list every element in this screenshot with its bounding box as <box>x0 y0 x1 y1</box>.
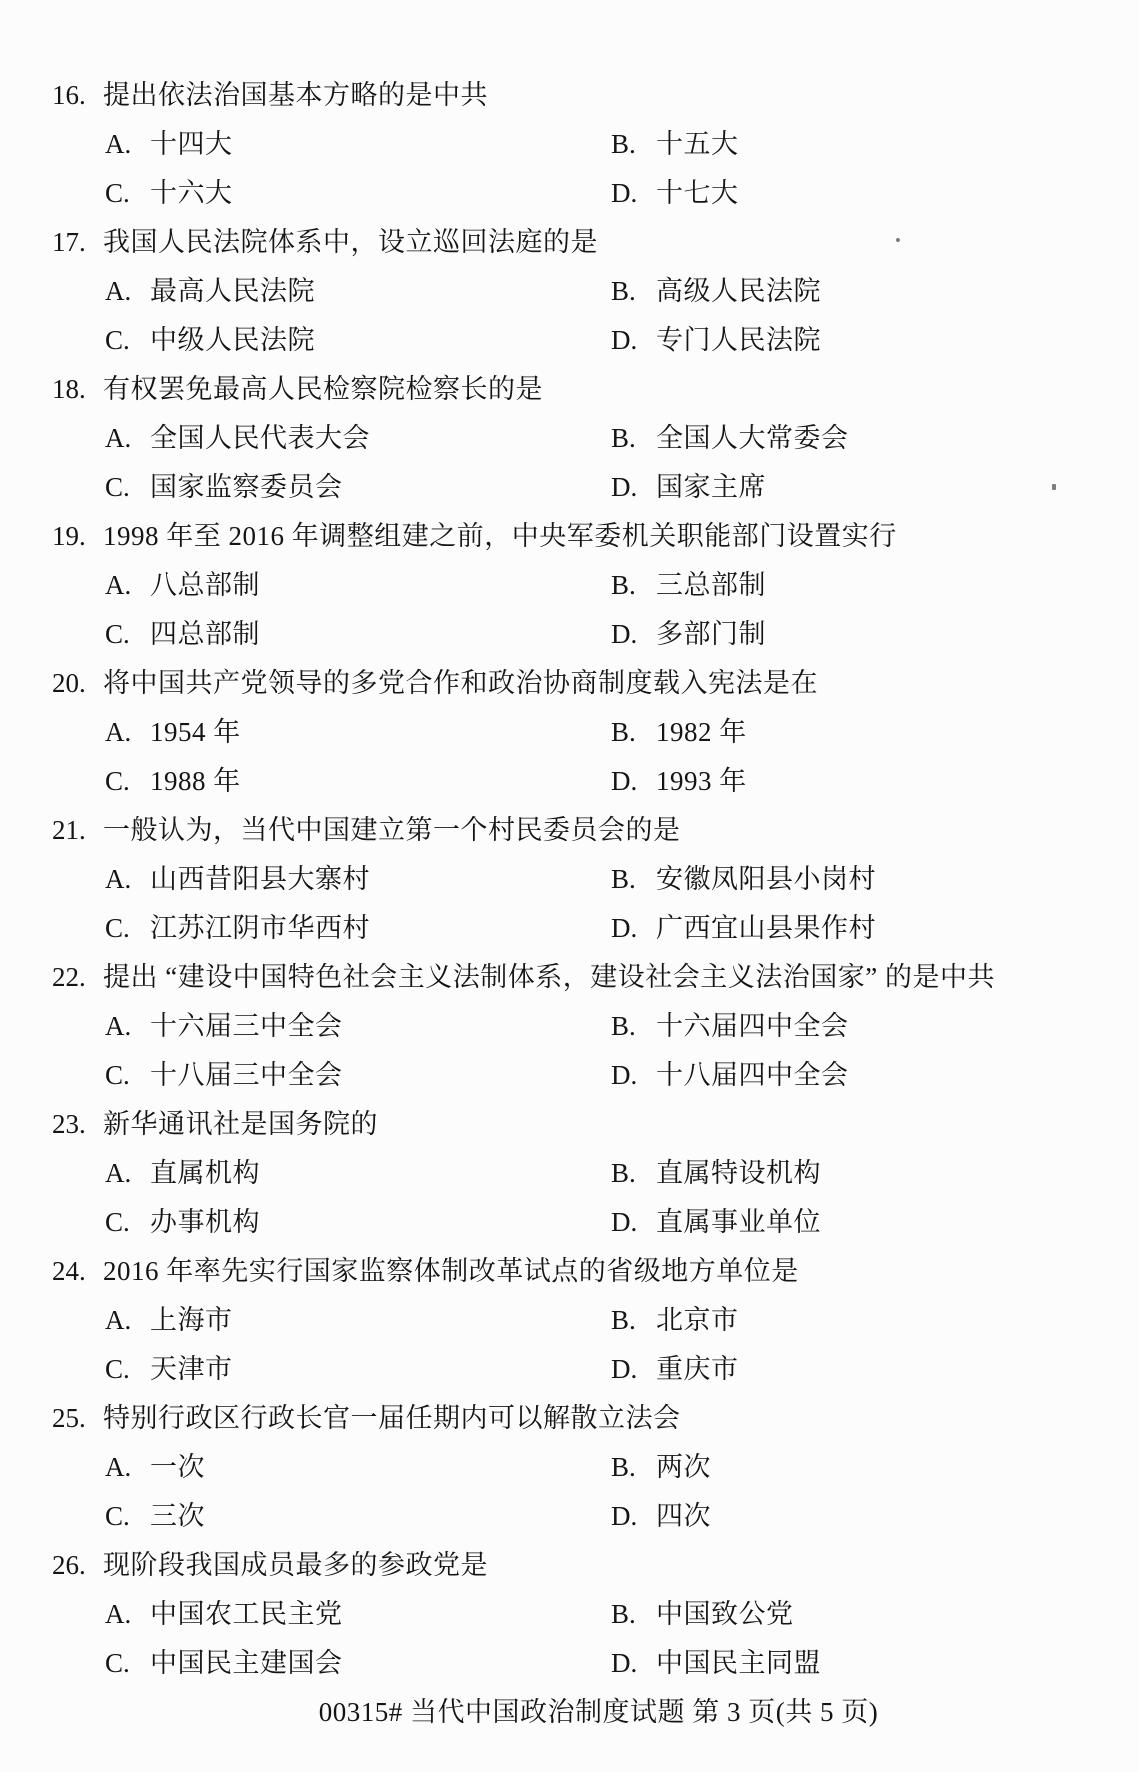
option-text: 重庆市 <box>656 1354 739 1384</box>
option-label: B. <box>611 414 656 463</box>
question-stem-row: 21.一般认为，当代中国建立第一个村民委员会的是 <box>0 806 1139 855</box>
option-label: C. <box>105 610 150 659</box>
scan-speck <box>1052 484 1056 490</box>
option-text: 1988 年 <box>150 766 241 796</box>
option: B.两次 <box>611 1443 711 1492</box>
option: C.1988 年 <box>105 757 611 806</box>
option: B.高级人民法院 <box>611 267 821 316</box>
question-number: 20. <box>52 659 103 708</box>
option: C.十六大 <box>105 169 611 218</box>
option-label: A. <box>105 708 150 757</box>
option: C.天津市 <box>105 1345 611 1394</box>
option-text: 直属机构 <box>150 1158 260 1188</box>
option: D.十八届四中全会 <box>611 1051 849 1100</box>
option: D.四次 <box>611 1492 711 1541</box>
option-text: 三次 <box>150 1501 205 1531</box>
option-label: C. <box>105 757 150 806</box>
option-label: D. <box>611 904 656 953</box>
option: B.全国人大常委会 <box>611 414 849 463</box>
option: B.1982 年 <box>611 708 747 757</box>
option: A.十六届三中全会 <box>105 1002 611 1051</box>
question-stem: 提出 “建设中国特色社会主义法制体系，建设社会主义法治国家” 的是中共 <box>103 962 995 992</box>
question-number: 26. <box>52 1541 103 1590</box>
option-row: A.山西昔阳县大寨村B.安徽凤阳县小岗村 <box>0 855 1139 904</box>
option-text: 直属特设机构 <box>656 1158 821 1188</box>
option: D.1993 年 <box>611 757 747 806</box>
question-number: 19. <box>52 512 103 561</box>
option: C.办事机构 <box>105 1198 611 1247</box>
option-label: C. <box>105 316 150 365</box>
option-label: B. <box>611 1002 656 1051</box>
option-text: 一次 <box>150 1452 205 1482</box>
option-label: A. <box>105 1296 150 1345</box>
option: A.中国农工民主党 <box>105 1590 611 1639</box>
option: B.安徽凤阳县小岗村 <box>611 855 876 904</box>
option-label: C. <box>105 1639 150 1688</box>
option: D.国家主席 <box>611 463 766 512</box>
option-label: D. <box>611 463 656 512</box>
option: B.三总部制 <box>611 561 766 610</box>
option: A.山西昔阳县大寨村 <box>105 855 611 904</box>
option-text: 十六大 <box>150 178 233 208</box>
option-label: B. <box>611 855 656 904</box>
option: B.直属特设机构 <box>611 1149 821 1198</box>
option: A.最高人民法院 <box>105 267 611 316</box>
option: A.1954 年 <box>105 708 611 757</box>
question-stem-row: 16.提出依法治国基本方略的是中共 <box>0 71 1139 120</box>
option: D.中国民主同盟 <box>611 1639 821 1688</box>
option: C.中国民主建国会 <box>105 1639 611 1688</box>
option-label: D. <box>611 316 656 365</box>
option-text: 全国人大常委会 <box>656 423 849 453</box>
option-text: 最高人民法院 <box>150 276 315 306</box>
option-text: 办事机构 <box>150 1207 260 1237</box>
option-row: C.三次D.四次 <box>0 1492 1139 1541</box>
option-text: 三总部制 <box>656 570 766 600</box>
option-label: B. <box>611 1149 656 1198</box>
question-number: 23. <box>52 1100 103 1149</box>
question-block: 24.2016 年率先实行国家监察体制改革试点的省级地方单位是A.上海市B.北京… <box>0 1247 1139 1394</box>
option-row: A.上海市B.北京市 <box>0 1296 1139 1345</box>
question-stem: 现阶段我国成员最多的参政党是 <box>103 1550 488 1580</box>
question-stem-row: 24.2016 年率先实行国家监察体制改革试点的省级地方单位是 <box>0 1247 1139 1296</box>
option-text: 江苏江阴市华西村 <box>150 913 370 943</box>
question-number: 25. <box>52 1394 103 1443</box>
option-text: 多部门制 <box>656 619 766 649</box>
option-row: C.江苏江阴市华西村D.广西宜山县果作村 <box>0 904 1139 953</box>
option-row: A.最高人民法院B.高级人民法院 <box>0 267 1139 316</box>
question-stem: 2016 年率先实行国家监察体制改革试点的省级地方单位是 <box>103 1256 799 1286</box>
question-block: 16.提出依法治国基本方略的是中共A.十四大B.十五大C.十六大D.十七大 <box>0 71 1139 218</box>
option-text: 两次 <box>656 1452 711 1482</box>
question-block: 23.新华通讯社是国务院的A.直属机构B.直属特设机构C.办事机构D.直属事业单… <box>0 1100 1139 1247</box>
option-label: A. <box>105 855 150 904</box>
option: D.十七大 <box>611 169 739 218</box>
option-label: B. <box>611 267 656 316</box>
option-text: 中国农工民主党 <box>150 1599 343 1629</box>
question-block: 22.提出 “建设中国特色社会主义法制体系，建设社会主义法治国家” 的是中共A.… <box>0 953 1139 1100</box>
option-label: A. <box>105 561 150 610</box>
question-stem-row: 20.将中国共产党领导的多党合作和政治协商制度载入宪法是在 <box>0 659 1139 708</box>
option: C.十八届三中全会 <box>105 1051 611 1100</box>
question-stem: 将中国共产党领导的多党合作和政治协商制度载入宪法是在 <box>103 668 818 698</box>
option-text: 四总部制 <box>150 619 260 649</box>
option-text: 十四大 <box>150 129 233 159</box>
question-stem-row: 23.新华通讯社是国务院的 <box>0 1100 1139 1149</box>
option-row: A.一次B.两次 <box>0 1443 1139 1492</box>
option-text: 中国民主同盟 <box>656 1648 821 1678</box>
option-text: 1993 年 <box>656 766 747 796</box>
option-text: 十六届三中全会 <box>150 1011 343 1041</box>
option-label: B. <box>611 120 656 169</box>
option-row: A.1954 年B.1982 年 <box>0 708 1139 757</box>
question-number: 18. <box>52 365 103 414</box>
option-text: 中国民主建国会 <box>150 1648 343 1678</box>
option-row: A.十四大B.十五大 <box>0 120 1139 169</box>
option-text: 四次 <box>656 1501 711 1531</box>
question-stem-row: 26.现阶段我国成员最多的参政党是 <box>0 1541 1139 1590</box>
option: A.十四大 <box>105 120 611 169</box>
option: C.国家监察委员会 <box>105 463 611 512</box>
option: A.八总部制 <box>105 561 611 610</box>
question-number: 24. <box>52 1247 103 1296</box>
question-block: 19.1998 年至 2016 年调整组建之前，中央军委机关职能部门设置实行A.… <box>0 512 1139 659</box>
option-text: 全国人民代表大会 <box>150 423 370 453</box>
question-stem: 一般认为，当代中国建立第一个村民委员会的是 <box>103 815 681 845</box>
option-text: 高级人民法院 <box>656 276 821 306</box>
option-label: A. <box>105 1002 150 1051</box>
option-text: 山西昔阳县大寨村 <box>150 864 370 894</box>
option-label: D. <box>611 1198 656 1247</box>
option: D.直属事业单位 <box>611 1198 821 1247</box>
option-text: 十八届三中全会 <box>150 1060 343 1090</box>
question-stem-row: 22.提出 “建设中国特色社会主义法制体系，建设社会主义法治国家” 的是中共 <box>0 953 1139 1002</box>
option-row: C.国家监察委员会D.国家主席 <box>0 463 1139 512</box>
option: B.十六届四中全会 <box>611 1002 849 1051</box>
option-label: B. <box>611 1296 656 1345</box>
option-label: B. <box>611 1590 656 1639</box>
option-text: 中国致公党 <box>656 1599 794 1629</box>
option-label: B. <box>611 708 656 757</box>
option-text: 广西宜山县果作村 <box>656 913 876 943</box>
option-row: A.十六届三中全会B.十六届四中全会 <box>0 1002 1139 1051</box>
option-label: D. <box>611 757 656 806</box>
exam-page: 16.提出依法治国基本方略的是中共A.十四大B.十五大C.十六大D.十七大17.… <box>0 0 1139 1772</box>
option-row: C.办事机构D.直属事业单位 <box>0 1198 1139 1247</box>
question-stem: 特别行政区行政长官一届任期内可以解散立法会 <box>103 1403 681 1433</box>
option: C.中级人民法院 <box>105 316 611 365</box>
option: C.江苏江阴市华西村 <box>105 904 611 953</box>
question-number: 21. <box>52 806 103 855</box>
option-label: D. <box>611 1051 656 1100</box>
option-row: C.中级人民法院D.专门人民法院 <box>0 316 1139 365</box>
option: D.广西宜山县果作村 <box>611 904 876 953</box>
question-stem: 新华通讯社是国务院的 <box>103 1109 378 1139</box>
option-label: C. <box>105 1492 150 1541</box>
question-block: 25.特别行政区行政长官一届任期内可以解散立法会A.一次B.两次C.三次D.四次 <box>0 1394 1139 1541</box>
question-number: 22. <box>52 953 103 1002</box>
option-label: D. <box>611 610 656 659</box>
option-text: 八总部制 <box>150 570 260 600</box>
option: A.全国人民代表大会 <box>105 414 611 463</box>
option: D.专门人民法院 <box>611 316 821 365</box>
option-label: C. <box>105 904 150 953</box>
option-label: A. <box>105 414 150 463</box>
option: C.三次 <box>105 1492 611 1541</box>
option-text: 十六届四中全会 <box>656 1011 849 1041</box>
question-block: 18.有权罢免最高人民检察院检察长的是A.全国人民代表大会B.全国人大常委会C.… <box>0 365 1139 512</box>
option-label: A. <box>105 1443 150 1492</box>
question-list: 16.提出依法治国基本方略的是中共A.十四大B.十五大C.十六大D.十七大17.… <box>0 0 1139 1688</box>
scan-speck <box>896 238 900 242</box>
option-text: 北京市 <box>656 1305 739 1335</box>
option-label: D. <box>611 1639 656 1688</box>
option-label: B. <box>611 1443 656 1492</box>
question-stem: 提出依法治国基本方略的是中共 <box>103 80 488 110</box>
option: B.中国致公党 <box>611 1590 794 1639</box>
option-label: D. <box>611 1345 656 1394</box>
page-footer: 00315# 当代中国政治制度试题 第 3 页(共 5 页) <box>0 1688 1139 1737</box>
question-stem: 1998 年至 2016 年调整组建之前，中央军委机关职能部门设置实行 <box>103 521 897 551</box>
option-row: C.十六大D.十七大 <box>0 169 1139 218</box>
option-text: 直属事业单位 <box>656 1207 821 1237</box>
option-label: C. <box>105 1345 150 1394</box>
option-row: A.八总部制B.三总部制 <box>0 561 1139 610</box>
question-stem-row: 19.1998 年至 2016 年调整组建之前，中央军委机关职能部门设置实行 <box>0 512 1139 561</box>
option-row: C.1988 年D.1993 年 <box>0 757 1139 806</box>
option-text: 十八届四中全会 <box>656 1060 849 1090</box>
option-text: 上海市 <box>150 1305 233 1335</box>
question-stem-row: 18.有权罢免最高人民检察院检察长的是 <box>0 365 1139 414</box>
question-stem-row: 25.特别行政区行政长官一届任期内可以解散立法会 <box>0 1394 1139 1443</box>
option: A.上海市 <box>105 1296 611 1345</box>
option-label: D. <box>611 1492 656 1541</box>
option-text: 十七大 <box>656 178 739 208</box>
question-block: 20.将中国共产党领导的多党合作和政治协商制度载入宪法是在A.1954 年B.1… <box>0 659 1139 806</box>
option-row: A.全国人民代表大会B.全国人大常委会 <box>0 414 1139 463</box>
option-text: 安徽凤阳县小岗村 <box>656 864 876 894</box>
question-number: 17. <box>52 218 103 267</box>
option: A.一次 <box>105 1443 611 1492</box>
option-row: A.直属机构B.直属特设机构 <box>0 1149 1139 1198</box>
option: A.直属机构 <box>105 1149 611 1198</box>
option-row: C.天津市D.重庆市 <box>0 1345 1139 1394</box>
option-label: A. <box>105 267 150 316</box>
option-label: B. <box>611 561 656 610</box>
option-text: 天津市 <box>150 1354 233 1384</box>
question-block: 17.我国人民法院体系中，设立巡回法庭的是A.最高人民法院B.高级人民法院C.中… <box>0 218 1139 365</box>
option-label: C. <box>105 1198 150 1247</box>
option-text: 1982 年 <box>656 717 747 747</box>
option-label: D. <box>611 169 656 218</box>
option-text: 专门人民法院 <box>656 325 821 355</box>
option-text: 国家监察委员会 <box>150 472 343 502</box>
question-block: 26.现阶段我国成员最多的参政党是A.中国农工民主党B.中国致公党C.中国民主建… <box>0 1541 1139 1688</box>
option-label: A. <box>105 1149 150 1198</box>
option-text: 国家主席 <box>656 472 766 502</box>
option-label: C. <box>105 169 150 218</box>
option-row: C.四总部制D.多部门制 <box>0 610 1139 659</box>
option: C.四总部制 <box>105 610 611 659</box>
question-stem: 有权罢免最高人民检察院检察长的是 <box>103 374 543 404</box>
option: D.多部门制 <box>611 610 766 659</box>
option-label: A. <box>105 1590 150 1639</box>
question-number: 16. <box>52 71 103 120</box>
option-text: 1954 年 <box>150 717 241 747</box>
option: D.重庆市 <box>611 1345 739 1394</box>
option-row: A.中国农工民主党B.中国致公党 <box>0 1590 1139 1639</box>
option-row: C.十八届三中全会D.十八届四中全会 <box>0 1051 1139 1100</box>
option-row: C.中国民主建国会D.中国民主同盟 <box>0 1639 1139 1688</box>
option-label: C. <box>105 463 150 512</box>
question-block: 21.一般认为，当代中国建立第一个村民委员会的是A.山西昔阳县大寨村B.安徽凤阳… <box>0 806 1139 953</box>
option: B.北京市 <box>611 1296 739 1345</box>
question-stem: 我国人民法院体系中，设立巡回法庭的是 <box>103 227 598 257</box>
option-text: 十五大 <box>656 129 739 159</box>
option-label: A. <box>105 120 150 169</box>
option-text: 中级人民法院 <box>150 325 315 355</box>
option-label: C. <box>105 1051 150 1100</box>
question-stem-row: 17.我国人民法院体系中，设立巡回法庭的是 <box>0 218 1139 267</box>
option: B.十五大 <box>611 120 739 169</box>
